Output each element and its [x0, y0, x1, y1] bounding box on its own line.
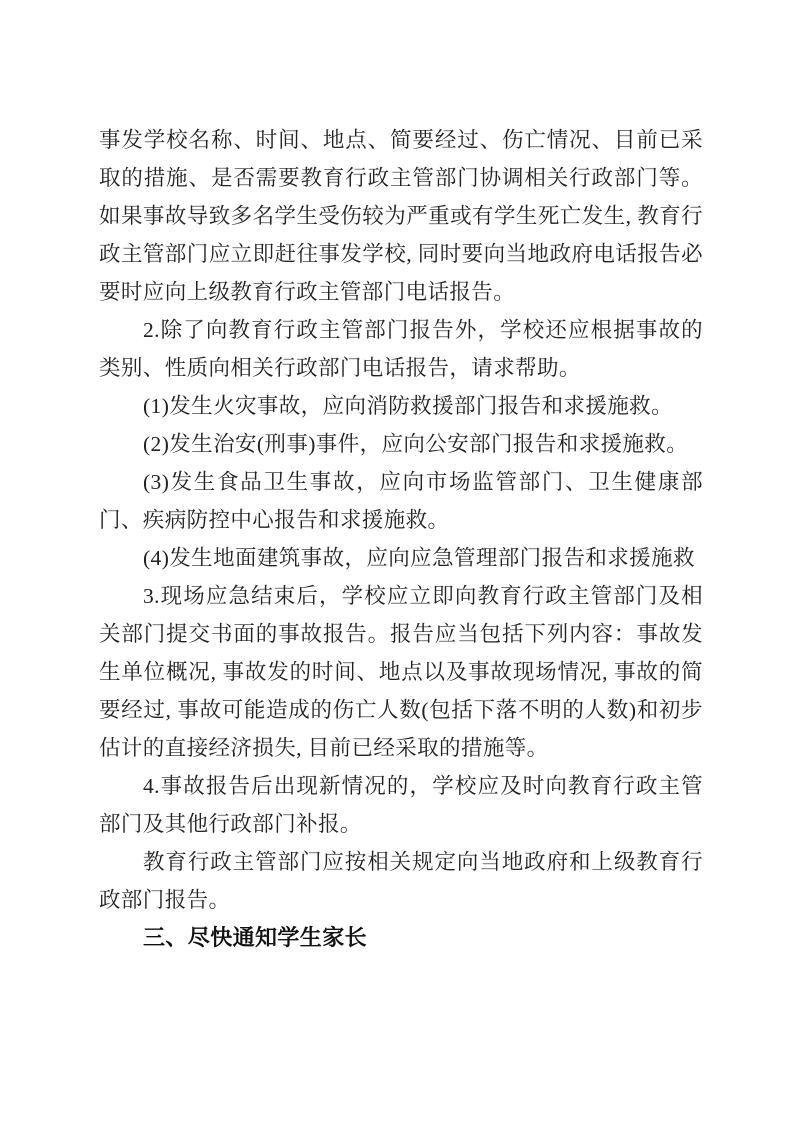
- document-body: 事发学校名称、时间、地点、简要经过、伤亡情况、目前已采取的措施、是否需要教育行政…: [99, 121, 703, 957]
- paragraph: (1)发生火灾事故，应向消防救援部门报告和求援施救。: [99, 387, 703, 425]
- paragraph: 4.事故报告后出现新情况的，学校应及时向教育行政主管部门及其他行政部门补报。: [99, 767, 703, 843]
- paragraph: (3)发生食品卫生事故，应向市场监管部门、卫生健康部门、疾病防控中心报告和求援施…: [99, 463, 703, 539]
- paragraph: (4)发生地面建筑事故，应向应急管理部门报告和求援施救: [99, 539, 703, 577]
- paragraph: (2)发生治安(刑事)事件，应向公安部门报告和求援施救。: [99, 425, 703, 463]
- document-page: 事发学校名称、时间、地点、简要经过、伤亡情况、目前已采取的措施、是否需要教育行政…: [0, 0, 793, 1122]
- section-heading: 三、尽快通知学生家长: [99, 919, 703, 957]
- paragraph: 2.除了向教育行政主管部门报告外，学校还应根据事故的类别、性质向相关行政部门电话…: [99, 311, 703, 387]
- paragraph: 3.现场应急结束后，学校应立即向教育行政主管部门及相关部门提交书面的事故报告。报…: [99, 577, 703, 767]
- paragraph: 教育行政主管部门应按相关规定向当地政府和上级教育行政部门报告。: [99, 843, 703, 919]
- paragraph: 事发学校名称、时间、地点、简要经过、伤亡情况、目前已采取的措施、是否需要教育行政…: [99, 121, 703, 311]
